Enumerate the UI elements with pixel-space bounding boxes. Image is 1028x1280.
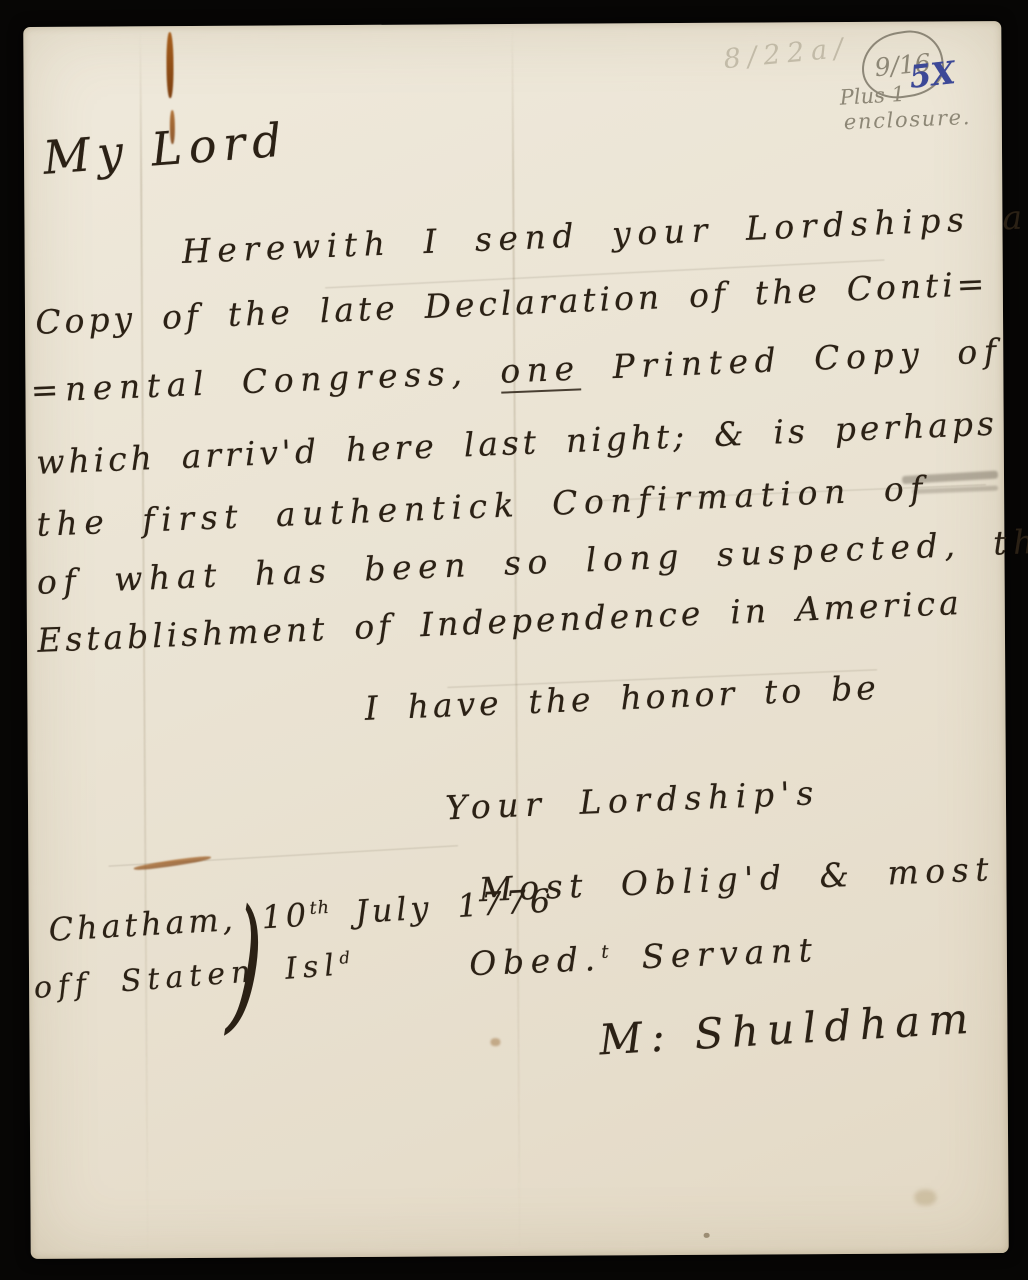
dateline-location: off Staten Isld [33,947,353,1006]
foxing-spot [704,1233,710,1238]
location-text: off Staten Isl [33,948,342,1006]
closing-obed: Obed. [468,939,602,983]
foxing-spot [490,1038,500,1046]
dateline-ship-date: Chatham, 10th July 1776 [48,881,555,949]
salutation: My Lord [41,112,290,184]
underlined-word-one: one [499,348,581,393]
closing-line-1: I have the honor to be [364,668,880,728]
closing-line-4: Obed.t Servant [468,930,819,983]
letter-page: 8/22a/ 9/16 5X Plus 1 enclosure. My Lord… [23,21,1009,1259]
pencil-note-plus-one: Plus 1 [839,82,905,110]
signature: M: Shuldham [598,993,978,1064]
photograph-of-letter: { "letter": { "salutation": "My Lord", "… [0,0,1028,1280]
closing-servant: Servant [609,930,819,978]
location-superscript: d [339,948,352,968]
date-day-superscript: th [309,898,330,919]
blue-crayon-mark: 5X [908,55,957,96]
body-line-3-pre: =nental Congress, [30,352,501,410]
rust-stain [166,32,173,98]
body-line-3-post: Printed Copy of [580,331,1004,387]
pencil-note-enclosure: enclosure. [843,105,971,134]
date-month-year: July 1776 [329,881,555,932]
foxing-spot [914,1189,936,1205]
closing-line-3: Most Oblig'd & most [478,849,996,909]
body-line-3: =nental Congress, one Printed Copy of [30,331,1003,410]
faint-pencil-reference: 8/22a/ [722,33,851,76]
body-line-4: which arriv'd here last night; & is perh… [35,403,998,481]
ship-name: Chatham, [48,900,238,949]
closing-line-2: Your Lordship's [445,773,821,827]
body-line-1: Herewith I send your Lordships a [181,197,1028,271]
